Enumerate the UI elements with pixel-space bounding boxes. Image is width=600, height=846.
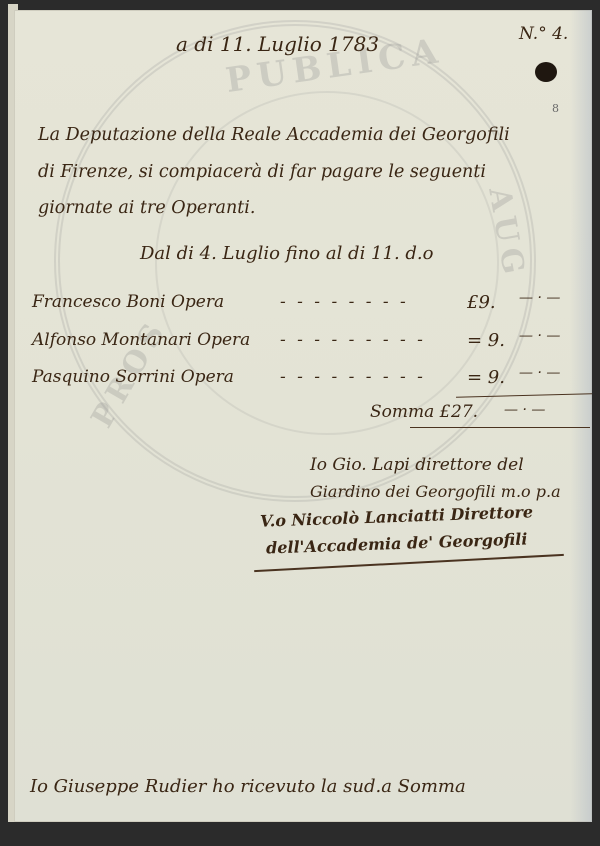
entry-name: Pasquino Sorrini Opera [32,367,234,387]
body-line-1: La Deputazione della Reale Accademia dei… [38,125,510,145]
manuscript-page: PUBLICA PROS AUG N.° 4. 8 a di 11. Lugli… [14,10,592,822]
entry-leaders: - - - - - - - - - [280,330,426,350]
period-line: Dal di 4. Luglio fino al di 11. d.o [140,243,433,264]
attestation-line-2: Giardino dei Georgofili m.o p.a [310,482,561,501]
receipt-line: Io Giuseppe Rudier ho ricevuto la sud.a … [30,776,466,797]
total-amount: 27. [451,402,478,422]
entry-leaders: - - - - - - - - - [280,367,426,387]
total-label: Somma £ [370,402,450,422]
entry-amount: = 9. [467,330,505,351]
entry-trail: — · — [519,290,560,306]
body-line-3: giornate ai tre Operanti. [38,198,255,218]
ink-blot [535,62,557,82]
attestation-line-1: Io Gio. Lapi direttore del [310,455,524,475]
seal-text-right: AUG [481,185,532,283]
total-rule-bottom [410,427,590,428]
signature-line-2: dell'Accademia de' Georgofili [266,529,528,557]
folio-number: N.° 4. [519,24,568,44]
entry-leaders: - - - - - - - - [280,292,409,312]
entry-amount: = 9. [467,367,505,388]
entry-amount: £9. [467,292,496,313]
entry-trail: — · — [519,328,560,344]
entry-name: Francesco Boni Opera [32,292,224,312]
entry-name: Alfonso Montanari Opera [32,330,250,350]
total-trail: — · — [504,402,545,418]
entry-trail: — · — [519,365,560,381]
page-edge-shade [570,10,592,822]
signature-flourish [254,554,564,572]
date-line: a di 11. Luglio 1783 [176,32,379,56]
signature-line-1: V.o Niccolò Lanciatti Direttore [260,502,534,531]
page-marker: 8 [552,102,559,115]
body-line-2: di Firenze, si compiacerà di far pagare … [38,162,486,182]
